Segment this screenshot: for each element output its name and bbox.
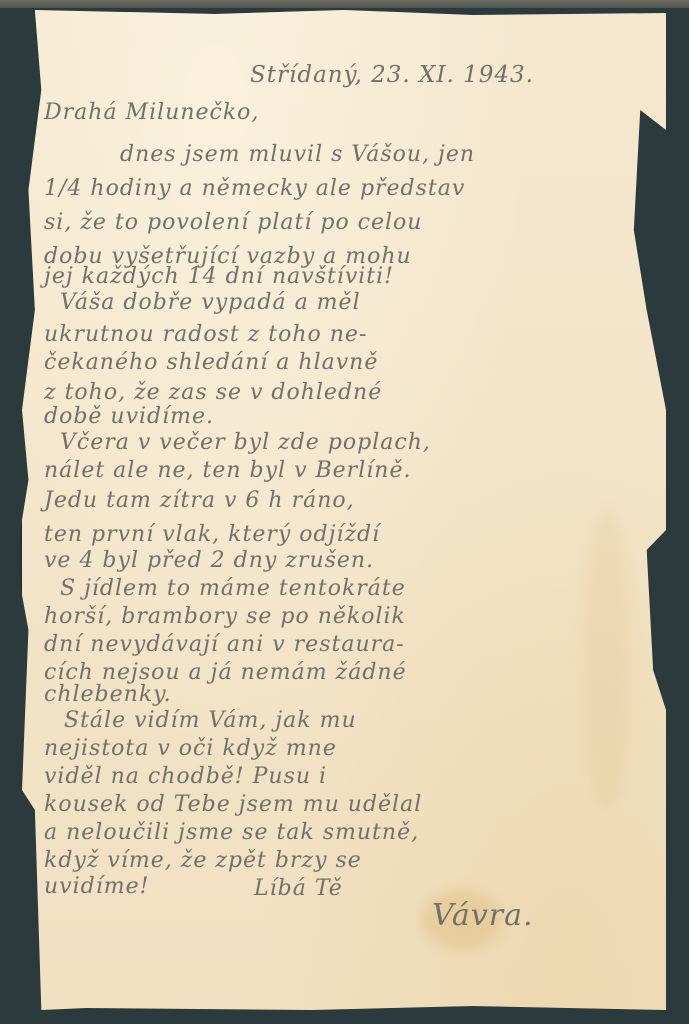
body-line: dní nevydávají ani v restaura- <box>44 632 405 657</box>
body-line: 1/4 hodiny a německy ale představ <box>44 176 465 201</box>
body-line: kousek od Tebe jsem mu udělal <box>44 792 422 817</box>
body-line: ukrutnou radost z toho ne- <box>44 322 367 347</box>
body-line: viděl na chodbě! Pusu i <box>44 764 327 789</box>
body-line: ten první vlak, který odjíždí <box>44 522 380 547</box>
body-line: Jedu tam zítra v 6 h ráno, <box>44 488 355 513</box>
body-line: čekaného shledání a hlavně <box>44 350 378 375</box>
body-line: horší, brambory se po několik <box>44 604 406 629</box>
body-line: S jídlem to máme tentokráte <box>60 576 406 601</box>
body-line: z toho, že zas se v dohledné <box>44 380 382 405</box>
body-line: když víme, že zpět brzy se <box>44 848 362 873</box>
body-line: době uvidíme. <box>44 404 214 429</box>
letter-paper: Střídaný, 23. XI. 1943. Drahá Milunečko,… <box>22 10 666 1010</box>
closing: Líbá Tě <box>254 876 343 901</box>
body-line: si, že to povolení platí po celou <box>44 210 422 235</box>
body-line: chlebenky. <box>44 682 172 707</box>
letter-text: Střídaný, 23. XI. 1943. Drahá Milunečko,… <box>22 10 666 1010</box>
signature: Vávra. <box>432 898 534 933</box>
body-line: nálet ale ne, ten byl v Berlíně. <box>44 458 411 483</box>
scan-top-edge <box>0 0 689 8</box>
salutation: Drahá Milunečko, <box>44 100 259 125</box>
body-line: a neloučili jsme se tak smutně, <box>44 820 419 845</box>
body-line: ve 4 byl před 2 dny zrušen. <box>44 548 374 573</box>
body-line: Váša dobře vypadá a měl <box>60 290 361 315</box>
body-line: Stále vidím Vám, jak mu <box>64 708 357 733</box>
body-line: dnes jsem mluvil s Vášou, jen <box>120 142 475 167</box>
body-line: uvidíme! <box>44 874 149 899</box>
body-line: jej každých 14 dní navštíviti! <box>44 264 394 289</box>
body-line: nejistota v oči když mne <box>44 736 337 761</box>
date-line: Střídaný, 23. XI. 1943. <box>250 62 534 88</box>
body-line: Včera v večer byl zde poplach, <box>60 430 431 455</box>
